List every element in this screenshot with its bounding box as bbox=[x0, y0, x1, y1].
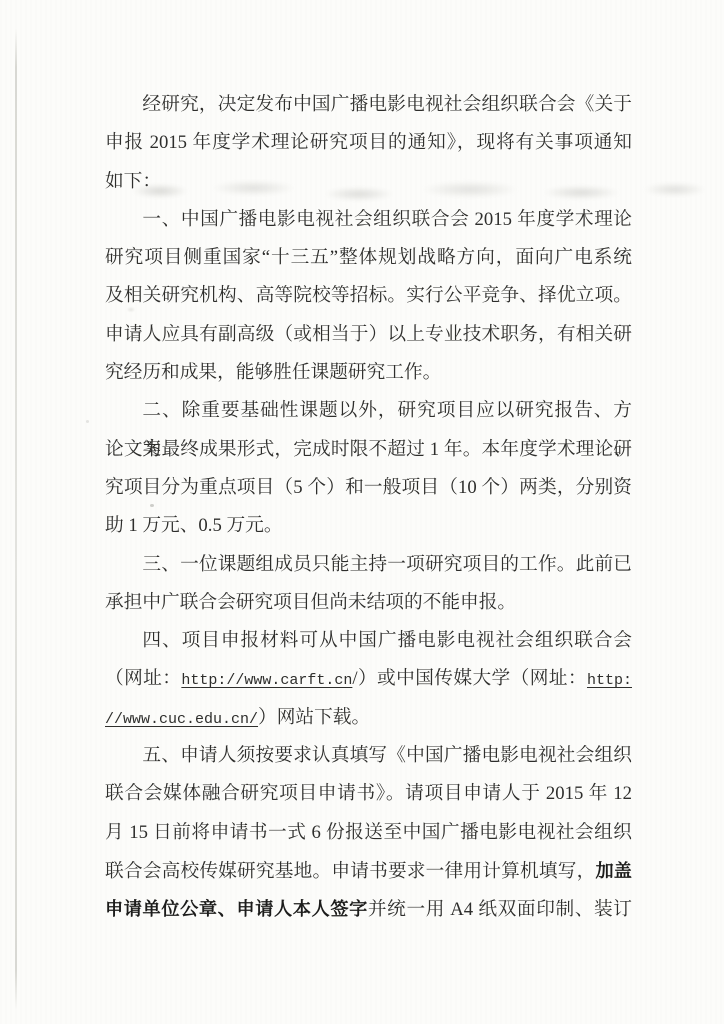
text-line: 联合会高校传媒研究基地。申请书要求一律用计算机填写，加盖 bbox=[105, 852, 632, 890]
text-line: 二、除重要基础性课题以外，研究项目应以研究报告、方案、 bbox=[105, 392, 632, 430]
text-line: 研究项目侧重国家“十三五”整体规划战略方向，面向广电系统 bbox=[105, 239, 632, 277]
body-text: 并统一用 A4 纸双面印制、装订 bbox=[368, 899, 632, 920]
scanned-document-page: 经研究，决定发布中国广播电影电视社会组织联合会《关于申报 2015 年度学术理论… bbox=[0, 0, 724, 1024]
body-text: 究经历和成果，能够胜任课题研究工作。 bbox=[105, 362, 441, 383]
text-line: （网址：http://www.carft.cn/）或中国传媒大学（网址：http… bbox=[105, 660, 632, 698]
body-text: 申请人应具有副高级（或相当于）以上专业技术职务，有相关研 bbox=[105, 324, 632, 345]
emphasis-text: 申请单位公章、申请人本人签字 bbox=[105, 899, 368, 919]
body-text: 论文为最终成果形式，完成时限不超过 1 年。本年度学术理论研 bbox=[105, 439, 632, 460]
text-line: 如下： bbox=[105, 163, 632, 201]
scan-edge-line-artifact bbox=[15, 28, 17, 1010]
text-line: //www.cuc.edu.cn/）网站下载。 bbox=[105, 699, 632, 737]
scan-speck-artifact bbox=[86, 420, 89, 423]
url-text: http://www.carft.cn bbox=[181, 672, 352, 689]
body-text: 承担中广联合会研究项目但尚未结项的不能申报。 bbox=[105, 592, 516, 613]
text-line: 及相关研究机构、高等院校等招标。实行公平竞争、择优立项。 bbox=[105, 277, 632, 315]
body-text: 申报 2015 年度学术理论研究项目的通知》，现将有关事项通知 bbox=[105, 132, 632, 153]
body-text: 经研究，决定发布中国广播电影电视社会组织联合会《关于 bbox=[142, 94, 632, 115]
text-line: 一、中国广播电影电视社会组织联合会 2015 年度学术理论 bbox=[105, 201, 632, 239]
text-line: 申请人应具有副高级（或相当于）以上专业技术职务，有相关研 bbox=[105, 316, 632, 354]
text-line: 论文为最终成果形式，完成时限不超过 1 年。本年度学术理论研 bbox=[105, 431, 632, 469]
text-line: 究经历和成果，能够胜任课题研究工作。 bbox=[105, 354, 632, 392]
text-line: 五、申请人须按要求认真填写《中国广播电影电视社会组织 bbox=[105, 737, 632, 775]
body-text: 五、申请人须按要求认真填写《中国广播电影电视社会组织 bbox=[142, 745, 632, 766]
text-line: 联合会媒体融合研究项目申请书》。请项目申请人于 2015 年 12 bbox=[105, 775, 632, 813]
body-text: 月 15 日前将申请书一式 6 份报送至中国广播电影电视社会组织 bbox=[105, 822, 632, 843]
text-line: 究项目分为重点项目（5 个）和一般项目（10 个）两类，分别资 bbox=[105, 469, 632, 507]
text-line: 四、项目申报材料可从中国广播电影电视社会组织联合会 bbox=[105, 622, 632, 660]
body-text: 如下： bbox=[105, 171, 161, 192]
text-line: 经研究，决定发布中国广播电影电视社会组织联合会《关于 bbox=[105, 86, 632, 124]
body-text: 研究项目侧重国家“十三五”整体规划战略方向，面向广电系统 bbox=[105, 247, 632, 268]
body-text: /）或中国传媒大学（网址： bbox=[352, 668, 587, 689]
url-text: //www.cuc.edu.cn/ bbox=[105, 711, 258, 728]
body-text: 四、项目申报材料可从中国广播电影电视社会组织联合会 bbox=[142, 630, 632, 651]
body-text: （网址： bbox=[105, 668, 181, 689]
body-text: 联合会媒体融合研究项目申请书》。请项目申请人于 2015 年 12 bbox=[105, 783, 632, 804]
body-text: 联合会高校传媒研究基地。申请书要求一律用计算机填写， bbox=[105, 861, 595, 882]
emphasis-text: 加盖 bbox=[595, 861, 632, 881]
body-text: 助 1 万元、0.5 万元。 bbox=[105, 515, 283, 536]
text-line: 三、一位课题组成员只能主持一项研究项目的工作。此前已 bbox=[105, 546, 632, 584]
text-line: 申请单位公章、申请人本人签字并统一用 A4 纸双面印制、装订 bbox=[105, 890, 632, 928]
body-text: 三、一位课题组成员只能主持一项研究项目的工作。此前已 bbox=[142, 554, 632, 575]
text-line: 申报 2015 年度学术理论研究项目的通知》，现将有关事项通知 bbox=[105, 124, 632, 162]
text-line: 承担中广联合会研究项目但尚未结项的不能申报。 bbox=[105, 584, 632, 622]
document-body: 经研究，决定发布中国广播电影电视社会组织联合会《关于申报 2015 年度学术理论… bbox=[105, 86, 632, 929]
body-text: 一、中国广播电影电视社会组织联合会 2015 年度学术理论 bbox=[142, 209, 632, 230]
body-text: 及相关研究机构、高等院校等招标。实行公平竞争、择优立项。 bbox=[105, 285, 632, 306]
body-text: ）网站下载。 bbox=[258, 707, 370, 728]
url-text: http: bbox=[587, 672, 632, 689]
body-text: 究项目分为重点项目（5 个）和一般项目（10 个）两类，分别资 bbox=[105, 477, 632, 498]
text-line: 助 1 万元、0.5 万元。 bbox=[105, 507, 632, 545]
text-line: 月 15 日前将申请书一式 6 份报送至中国广播电影电视社会组织 bbox=[105, 814, 632, 852]
